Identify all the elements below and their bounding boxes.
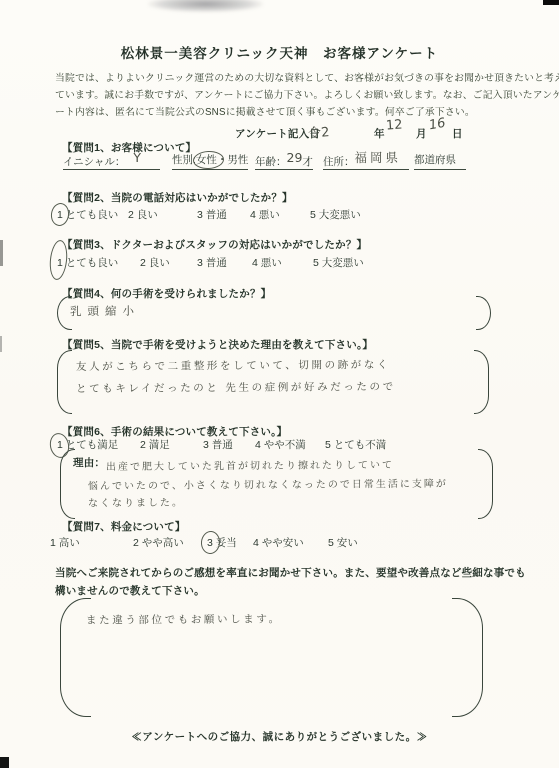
q4-answer-handwritten: 乳頭縮小 <box>70 303 140 319</box>
intro-line-3: ート内容は、匿名にて当院公式のSNSに掲載させて頂く事もございます。何卒ご了承下… <box>55 104 475 121</box>
q7-heading: 【質問7、料金について】 <box>62 519 186 534</box>
q4-answer-bracket-right <box>476 296 491 330</box>
q1-initial-handwritten: Y <box>133 150 141 165</box>
q6-reason-line-3: なくなりました。 <box>88 494 184 510</box>
q1-initial-field: イニシャル：Y <box>63 152 160 170</box>
q7-option-1: 1 高い <box>50 535 80 550</box>
comment-answer-handwritten: また違う部位でもお願いします。 <box>86 611 282 627</box>
q1-address-field: 住所：福岡県 <box>323 152 409 170</box>
q2-option-5: 5 大変悪い <box>310 207 361 222</box>
q7-option-2: 2 やや高い <box>133 535 184 550</box>
q6-option-4: 4 やや不満 <box>255 437 306 452</box>
q3-option-3: 3 普通 <box>197 255 227 270</box>
q6-reason-bracket-right <box>478 449 493 519</box>
q1-address-suffix: 都道府県 <box>414 154 456 166</box>
q3-selected-circle-mark <box>48 239 69 281</box>
q2-option-4: 4 悪い <box>250 207 280 222</box>
q3-option-2: 2 良い <box>140 255 170 270</box>
comment-prompt-line-1: 当院へご来院されてからのご感想を率直にお聞かせ下さい。また、要望や改善点など些細… <box>55 565 526 580</box>
scan-mark-bottom-left <box>0 757 9 768</box>
q6-option-5: 5 とても不満 <box>325 437 386 452</box>
q1-address-label: 住所： <box>323 156 355 168</box>
date-year-suffix: 年 <box>374 126 385 141</box>
q5-answer-bracket-left <box>57 350 72 414</box>
q1-initial-label: イニシャル： <box>63 156 125 168</box>
q2-option-3: 3 普通 <box>197 207 227 222</box>
q6-reason-line-2: 悩んでいたので、小さくなり切れなくなったので日常生活に支障が <box>88 475 448 493</box>
q1-age-label: 年齢： <box>255 156 287 168</box>
q6-option-2: 2 満足 <box>140 437 170 452</box>
comment-box-right <box>452 598 483 717</box>
q6-option-3: 3 普通 <box>203 437 233 452</box>
q1-age-suffix: 才 <box>302 156 313 168</box>
scan-mark-top-right <box>543 0 559 5</box>
q7-selected-circle-mark <box>200 530 221 555</box>
q1-age-handwritten: 29 <box>287 150 303 165</box>
footer-thanks: ≪アンケートへのご協力、誠にありがとうございました。≫ <box>0 729 559 744</box>
q7-options-row: 1 高い 2 やや高い 3 妥当 4 やや安い 5 安い <box>0 535 559 551</box>
q5-answer-line-2: とてもキレイだったのと 先生の症例が好みだったので <box>76 379 396 396</box>
scan-edge-mark-2 <box>0 336 2 352</box>
q1-age-field: 年齢：29才 <box>255 152 313 170</box>
q3-heading: 【質問3、ドクターおよびスタッフの対応はいかがでしたか？】 <box>62 237 367 252</box>
q7-option-4: 4 やや安い <box>253 535 304 550</box>
scanned-survey-page: 松林景一美容クリニック天神 お客様アンケート 当院では、よりよいクリニック運営の… <box>0 0 559 768</box>
q7-option-5: 5 安い <box>328 535 358 550</box>
page-title: 松林景一美容クリニック天神 お客様アンケート <box>0 42 559 62</box>
q3-option-4: 4 悪い <box>252 255 282 270</box>
q5-answer-line-1: 友人がこちらで二重整形をしていて、切開の跡がなく <box>76 357 390 374</box>
scan-smudge-top <box>148 0 263 12</box>
q2-options-row: 1 とても良い 2 良い 3 普通 4 悪い 5 大変悪い <box>0 207 559 223</box>
date-era-handwritten: 令2 <box>307 121 330 142</box>
q2-selected-circle-mark <box>49 202 70 227</box>
q4-heading: 【質問4、何の手術を受けられましたか？】 <box>62 286 271 301</box>
q3-options-row: 1 とても良い 2 良い 3 普通 4 悪い 5 大変悪い <box>0 255 559 271</box>
q6-options-row: 1 とても満足 2 満足 3 普通 4 やや不満 5 とても不満 <box>0 437 559 453</box>
q3-option-5: 5 大変悪い <box>313 255 364 270</box>
q2-option-2: 2 良い <box>128 207 158 222</box>
intro-line-1: 当院では、よりよいクリニック運営のための大切な資料として、お客様がお気づきの事を… <box>55 70 559 87</box>
q6-reason-label: 理由： <box>73 455 105 470</box>
date-month-suffix: 月 <box>416 126 427 141</box>
q5-answer-bracket-right <box>474 350 489 414</box>
q5-heading: 【質問5、当院で手術を受けようと決めた理由を教えて下さい。】 <box>62 337 373 352</box>
q6-reason-line-1: 出産で肥大していた乳首が切れたり擦れたりしていて <box>106 456 394 473</box>
date-day-suffix: 日 <box>452 126 463 141</box>
date-day-handwritten: 16 <box>428 116 447 134</box>
comment-prompt-line-2: 構いませんので教えて下さい。 <box>55 583 205 598</box>
date-month-handwritten: 12 <box>385 117 403 133</box>
q1-address-suffix-field: 都道府県 <box>414 152 466 170</box>
intro-line-2: ています。誠にお手数ですが、アンケートにご協力下さい。よろしくお願い致します。な… <box>55 87 559 104</box>
q1-address-handwritten: 福岡県 <box>355 150 402 165</box>
q2-heading: 【質問2、当院の電話対応はいかがでしたか？】 <box>62 190 293 205</box>
